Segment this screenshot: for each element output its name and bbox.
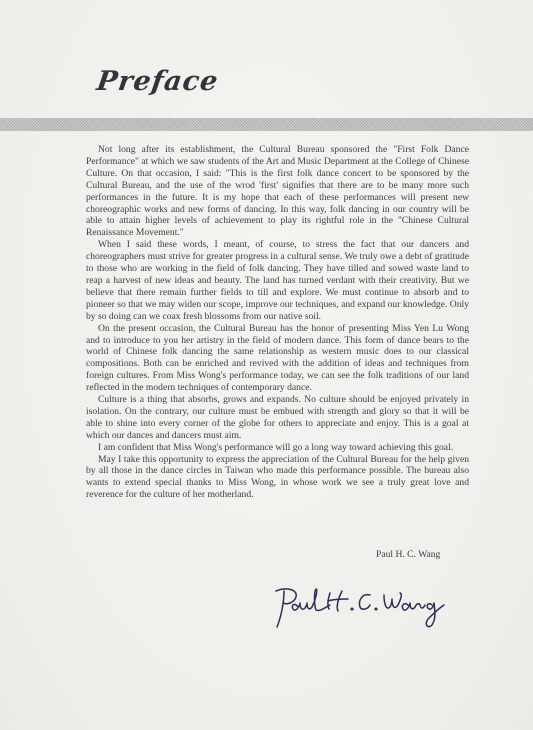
decorative-stripe-divider xyxy=(0,118,533,131)
document-page: Preface Not long after its establishment… xyxy=(0,0,533,730)
author-name: Paul H. C. Wang xyxy=(376,549,440,560)
preface-body: Not long after its establishment, the Cu… xyxy=(86,144,469,501)
paragraph: May I take this opportunity to express t… xyxy=(86,454,469,502)
signature-image xyxy=(272,585,457,640)
paragraph: Not long after its establishment, the Cu… xyxy=(86,144,469,239)
paragraph: When I said these words, I meant, of cou… xyxy=(86,239,469,322)
page-title: Preface xyxy=(95,66,221,97)
paragraph: Culture is a thing that absorbs, grows a… xyxy=(86,394,469,442)
paragraph: On the present occasion, the Cultural Bu… xyxy=(86,323,469,394)
paragraph: I am confident that Miss Wong's performa… xyxy=(86,442,469,454)
signature-icon xyxy=(272,585,457,635)
